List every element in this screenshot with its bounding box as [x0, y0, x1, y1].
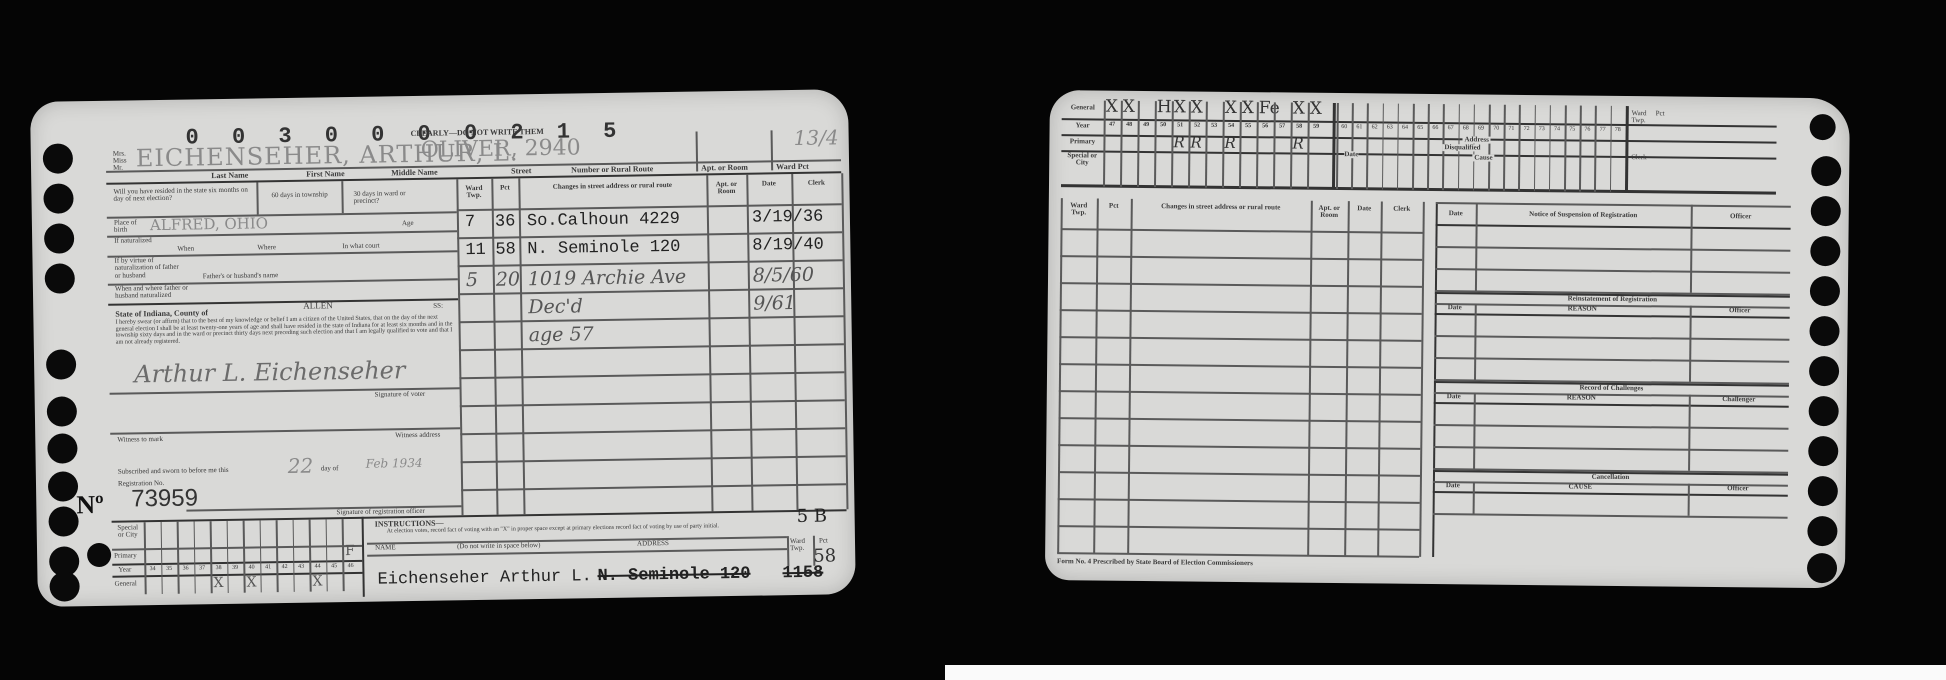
table-row	[1060, 309, 1422, 314]
table-row	[1059, 417, 1421, 422]
cause-label: Cause	[1472, 154, 1494, 162]
year-cell: 50	[1155, 122, 1172, 128]
table-cell: 3/19/36	[752, 208, 824, 228]
table-row	[1059, 336, 1421, 341]
table-row	[1433, 513, 1788, 518]
row-label-special: Special or City	[116, 524, 140, 539]
punch-hole	[43, 183, 73, 213]
residency-state-question: Will you have resided in the state six m…	[113, 187, 253, 204]
vote-mark: X	[1174, 97, 1186, 117]
county-value: ALLEN	[303, 301, 333, 311]
rule	[1093, 198, 1098, 553]
column-header: CAUSE	[1473, 482, 1688, 492]
residency-ward-question: 30 days in ward or precinct?	[353, 190, 423, 206]
punch-hole	[44, 223, 74, 253]
vote-mark: R	[1224, 134, 1235, 152]
vote-mark: X	[1293, 99, 1305, 119]
pct-label: Pct	[819, 538, 828, 545]
vote-mark: X	[1242, 98, 1254, 118]
rule	[1062, 134, 1777, 143]
rule	[1061, 184, 1776, 194]
year-cell: 78	[1610, 127, 1625, 133]
punch-hole	[87, 543, 111, 567]
rule	[1549, 105, 1551, 191]
table-row	[1435, 246, 1790, 251]
rule	[1427, 104, 1429, 190]
vote-mark: X	[1225, 98, 1237, 118]
status-panels: DateNotice of Suspension of Registration…	[1432, 202, 1791, 566]
sworn-day: 22	[288, 454, 314, 478]
rule	[1688, 395, 1690, 471]
column-header: Ward Twp.	[458, 185, 489, 200]
rule	[787, 536, 789, 566]
first-name-label: First Name	[306, 170, 345, 179]
day-of-label: day of	[321, 465, 339, 473]
rule	[1689, 306, 1691, 382]
rule	[292, 520, 295, 592]
table-cell: 7	[465, 213, 476, 232]
punch-hole	[43, 143, 73, 173]
rule	[1534, 105, 1536, 191]
column-header: Officer	[1691, 213, 1791, 221]
rule	[696, 132, 698, 172]
rule	[226, 521, 229, 593]
address-label: ADDRESS	[637, 540, 669, 548]
table-row	[1060, 255, 1422, 260]
street-label: Street	[511, 167, 531, 176]
age-label: Age	[402, 220, 414, 228]
rule	[1061, 150, 1776, 159]
punch-hole	[1807, 516, 1837, 546]
year-cell: 65	[1413, 125, 1428, 131]
address-changes-table: Ward Twp.PctChanges in street address or…	[1057, 198, 1436, 562]
table-cell: 8/19/40	[752, 236, 824, 256]
vote-mark: X	[213, 575, 223, 591]
rule	[276, 520, 279, 592]
column-header: Date	[1435, 304, 1475, 312]
rule	[1503, 105, 1505, 191]
rule	[1579, 106, 1581, 192]
column-header: Challenger	[1689, 396, 1789, 404]
rule	[1473, 392, 1475, 468]
column-header: Notice of Suspension of Registration	[1476, 210, 1691, 220]
vote-mark: R	[1190, 133, 1201, 151]
table-cell: N. Seminole 120	[527, 238, 680, 259]
year-cell: 62	[1367, 124, 1382, 130]
rule	[771, 130, 773, 170]
column-header: Apt. or Room	[1313, 205, 1346, 220]
voting-record-grid: Special or City Primary Year General 343…	[112, 519, 363, 595]
table-row	[1057, 552, 1419, 557]
punch-hole	[1809, 396, 1839, 426]
year-cell: 43	[293, 564, 310, 570]
year-cell: 46	[342, 563, 359, 569]
voting-record-grid: GeneralYearPrimarySpecial or City47X48X4…	[1061, 100, 1777, 193]
row-label: Special or City	[1063, 152, 1101, 167]
table-row	[1060, 282, 1422, 287]
rule	[460, 399, 845, 407]
year-cell: 73	[1534, 126, 1549, 132]
year-cell: 52	[1189, 122, 1206, 128]
vote-mark: X	[1310, 99, 1322, 119]
witness-mark-label: Witness to mark	[117, 436, 163, 444]
punch-hole	[1809, 316, 1839, 346]
number-symbol: Nº	[76, 491, 104, 519]
year-cell: 39	[227, 565, 244, 571]
typed-ward-struck: 1158	[782, 564, 823, 584]
year-cell: 48	[1121, 122, 1138, 128]
rule	[177, 522, 180, 594]
table-row	[1058, 498, 1420, 503]
column-header: Ward Twp.	[1063, 202, 1095, 217]
year-cell: 34	[144, 566, 161, 572]
year-cell: 63	[1382, 124, 1397, 130]
ward-pct-label: Ward Pct	[776, 163, 809, 172]
rule	[160, 522, 163, 594]
voter-registration-card-back: GeneralYearPrimarySpecial or City47X48X4…	[1045, 90, 1850, 588]
rule	[1273, 102, 1275, 188]
table-cell: 58	[495, 240, 516, 259]
rule	[1205, 102, 1207, 188]
year-cell: 70	[1489, 126, 1504, 132]
column-header: Changes in street address or rural route	[520, 181, 704, 191]
voter-street: OLIVER, 2940	[421, 135, 581, 163]
year-cell: 37	[194, 565, 211, 571]
column-header: Officer	[1690, 307, 1790, 315]
rule	[1419, 202, 1424, 557]
table-cell: 5	[466, 269, 478, 291]
punch-hole	[47, 433, 77, 463]
year-cell: 55	[1240, 123, 1257, 129]
date-label: Date	[1344, 151, 1358, 158]
punch-hole	[48, 506, 78, 536]
year-cell: 77	[1595, 127, 1610, 133]
rule	[259, 520, 262, 592]
scan-edge-bar	[945, 665, 1946, 680]
year-cell: 69	[1473, 125, 1488, 131]
middle-name-label: Middle Name	[391, 169, 438, 178]
rule	[1397, 104, 1399, 190]
voter-signature: Arthur L. Eichenseher	[134, 356, 405, 388]
name-label: NAME	[375, 544, 396, 552]
punch-hole	[1808, 436, 1838, 466]
column-header: Apt. or Room	[708, 181, 744, 196]
rule	[309, 520, 312, 592]
form-footer: Form No. 4 Prescribed by State Board of …	[1057, 558, 1253, 567]
signature-label: Signature of voter	[375, 391, 426, 399]
year-cell: 64	[1397, 125, 1412, 131]
year-cell: 67	[1443, 125, 1458, 131]
rule	[1625, 106, 1629, 192]
column-header: REASON	[1475, 304, 1690, 314]
naturalized-court-label: In what court	[342, 243, 379, 251]
row-label: General	[1064, 104, 1102, 112]
year-cell: 41	[260, 564, 277, 570]
table-row	[1058, 444, 1420, 449]
rule	[1594, 106, 1596, 192]
vote-mark: X	[312, 573, 322, 589]
row-label-primary: Primary	[114, 552, 137, 560]
row-label-year: Year	[118, 566, 131, 574]
column-header: Pct	[1099, 203, 1129, 211]
disqualified-label: Disqualified	[1442, 144, 1482, 152]
rule	[1057, 198, 1062, 553]
pct-label: Pct	[1656, 110, 1665, 117]
naturalized-label: If naturalized	[114, 237, 154, 245]
rule	[243, 521, 246, 593]
vote-mark: R	[1173, 133, 1184, 151]
punch-hole	[1810, 276, 1840, 306]
punch-hole	[49, 571, 79, 601]
vote-mark: R	[1292, 135, 1303, 153]
year-cell: 58	[1291, 124, 1308, 130]
year-cell: 40	[243, 564, 260, 570]
punch-hole	[1811, 156, 1841, 186]
year-cell: 60	[1337, 124, 1352, 130]
table-cell: So.Calhoun 4229	[527, 210, 680, 231]
rule	[1127, 199, 1132, 554]
rule	[1518, 105, 1520, 191]
typed-address-struck: N. Seminole 120	[597, 565, 750, 586]
rule	[210, 521, 213, 593]
year-cell: 36	[177, 565, 194, 571]
ward-pct-value: 13/4	[793, 125, 838, 150]
rule	[461, 483, 846, 491]
column-header: Pct	[493, 184, 516, 192]
rule	[193, 521, 196, 593]
column-header: Date	[1433, 482, 1473, 490]
sworn-month-year: Feb 1934	[366, 456, 423, 471]
column-header: Clerk	[1383, 205, 1421, 213]
registration-number: 73959	[131, 485, 198, 511]
year-cell: 47	[1104, 122, 1121, 128]
vote-mark: X	[1191, 97, 1203, 117]
rule	[1377, 201, 1382, 556]
column-header: Changes in street address or rural route	[1133, 203, 1309, 212]
apt-label: Apt. or Room	[701, 164, 748, 173]
rule	[1351, 103, 1353, 189]
year-cell: 74	[1549, 126, 1564, 132]
table-cell: 9/61	[753, 292, 796, 315]
column-header: Clerk	[793, 179, 839, 187]
year-cell: 54	[1223, 123, 1240, 129]
rule	[1366, 103, 1368, 189]
no-write-label: (Do not write in space below)	[457, 542, 541, 551]
residency-township-question: 60 days in township	[271, 191, 331, 199]
rule	[367, 536, 787, 544]
rule	[459, 371, 844, 379]
row-label: Primary	[1063, 138, 1101, 146]
year-cell: 76	[1580, 127, 1595, 133]
year-cell: 44	[309, 563, 326, 569]
punch-hole	[1808, 476, 1838, 506]
birthplace-label: Place of birth	[114, 219, 144, 234]
rule	[1344, 201, 1349, 556]
rule	[1382, 103, 1384, 189]
table-cell: 1019 Archie Ave	[528, 266, 687, 290]
sworn-text: Subscribed and sworn to before me this	[118, 467, 229, 476]
rule	[1473, 481, 1475, 513]
column-header: Date	[1434, 393, 1474, 401]
instructions-text: At election votes, record fact of voting…	[387, 522, 767, 534]
vote-mark: H	[1157, 97, 1172, 117]
punch-hole	[1811, 196, 1841, 226]
rule	[144, 522, 147, 594]
rule	[367, 548, 787, 556]
rule	[1488, 105, 1490, 191]
punch-hole	[1807, 553, 1837, 583]
year-cell: 45	[326, 563, 343, 569]
table-row	[1434, 335, 1789, 340]
column-header: Date	[1436, 210, 1476, 218]
father-naturalization-label: If by virtue of naturalization of father…	[114, 257, 184, 280]
year-cell: 72	[1519, 126, 1534, 132]
punch-hole	[48, 471, 78, 501]
rule	[362, 517, 365, 597]
year-cell: 51	[1172, 122, 1189, 128]
rule	[461, 455, 846, 463]
table-row	[1059, 390, 1421, 395]
year-cell: 49	[1138, 122, 1155, 128]
vote-mark: Fe	[1259, 98, 1280, 118]
father-name-label: Father's or husband's name	[203, 272, 279, 281]
rule	[1610, 106, 1612, 192]
father-when-label: When and where father or husband natural…	[115, 284, 205, 300]
column-header: Date	[748, 180, 789, 188]
table-row	[1434, 424, 1789, 429]
birthplace-value: ALFRED, OHIO	[150, 214, 268, 234]
rule	[1688, 484, 1690, 516]
year-cell: 59	[1308, 124, 1325, 130]
witness-address-label: Witness address	[395, 432, 440, 440]
last-name-label: Last Name	[211, 172, 248, 181]
year-cell: 66	[1428, 125, 1443, 131]
column-header: Officer	[1688, 485, 1788, 493]
vote-mark: F	[345, 543, 355, 559]
year-cell: 38	[210, 565, 227, 571]
typed-voter-name: Eichenseher Arthur L.	[377, 567, 592, 589]
punch-hole	[45, 263, 75, 293]
table-cell: Dec'd	[528, 295, 583, 318]
year-cell: 35	[161, 566, 178, 572]
table-cell: 20	[496, 268, 521, 290]
table-cell: 36	[495, 212, 516, 231]
rule	[1137, 101, 1139, 187]
punch-hole	[47, 396, 77, 426]
punch-hole	[1810, 114, 1836, 140]
row-label: Year	[1064, 122, 1102, 130]
vote-mark: X	[1106, 97, 1118, 117]
address-changes-table: Ward Twp.PctChanges in street address or…	[456, 173, 846, 515]
table-cell: 11	[465, 241, 486, 260]
table-row	[1433, 446, 1788, 451]
naturalized-where-label: Where	[257, 244, 276, 252]
year-cell: 71	[1504, 126, 1519, 132]
row-label-general: General	[115, 580, 137, 588]
year-cell: 68	[1458, 125, 1473, 131]
rule	[256, 182, 258, 214]
table-row	[1057, 525, 1419, 530]
year-cell: 61	[1352, 124, 1367, 130]
column-header: Date	[1350, 205, 1379, 213]
rule	[325, 519, 328, 591]
year-cell: 53	[1206, 123, 1223, 129]
rule	[342, 519, 345, 591]
table-row	[1058, 471, 1420, 476]
rule	[1564, 105, 1566, 191]
vote-mark: X	[1123, 97, 1135, 117]
punch-hole	[46, 349, 76, 379]
naturalized-when-label: When	[177, 245, 194, 253]
rule	[1336, 103, 1338, 189]
rule	[1436, 202, 1791, 207]
year-cell: 75	[1565, 126, 1580, 132]
clerk-label: Clerk	[1631, 154, 1647, 162]
oath-text: I hereby swear (or affirm) that to the b…	[115, 314, 453, 345]
rule	[1474, 303, 1476, 379]
ward-label: Ward Twp.	[1631, 110, 1649, 125]
oath-ss: SS:	[433, 303, 443, 310]
year-cell: 57	[1274, 123, 1291, 129]
year-cell: 42	[276, 564, 293, 570]
rule	[1436, 224, 1791, 230]
column-header: REASON	[1474, 393, 1689, 403]
punch-hole	[1809, 356, 1839, 386]
rule	[460, 427, 845, 435]
table-row	[1434, 357, 1789, 362]
table-row	[1435, 268, 1790, 273]
table-cell: age 57	[529, 323, 594, 346]
table-row	[1061, 228, 1423, 233]
rule	[1412, 104, 1414, 190]
table-cell: 8/5/60	[753, 264, 814, 287]
voter-registration-card-front: 0 0 3 0 0 0 0 2 1 5 CLEARLY—DO NOT WRITE…	[30, 89, 856, 607]
year-cell: 56	[1257, 123, 1274, 129]
rule	[1307, 201, 1312, 556]
table-row	[1059, 363, 1421, 368]
punch-hole	[1810, 236, 1840, 266]
ward-twp-label: Ward Twp.	[790, 538, 810, 553]
vote-mark: X	[246, 575, 256, 591]
rule	[341, 181, 343, 213]
